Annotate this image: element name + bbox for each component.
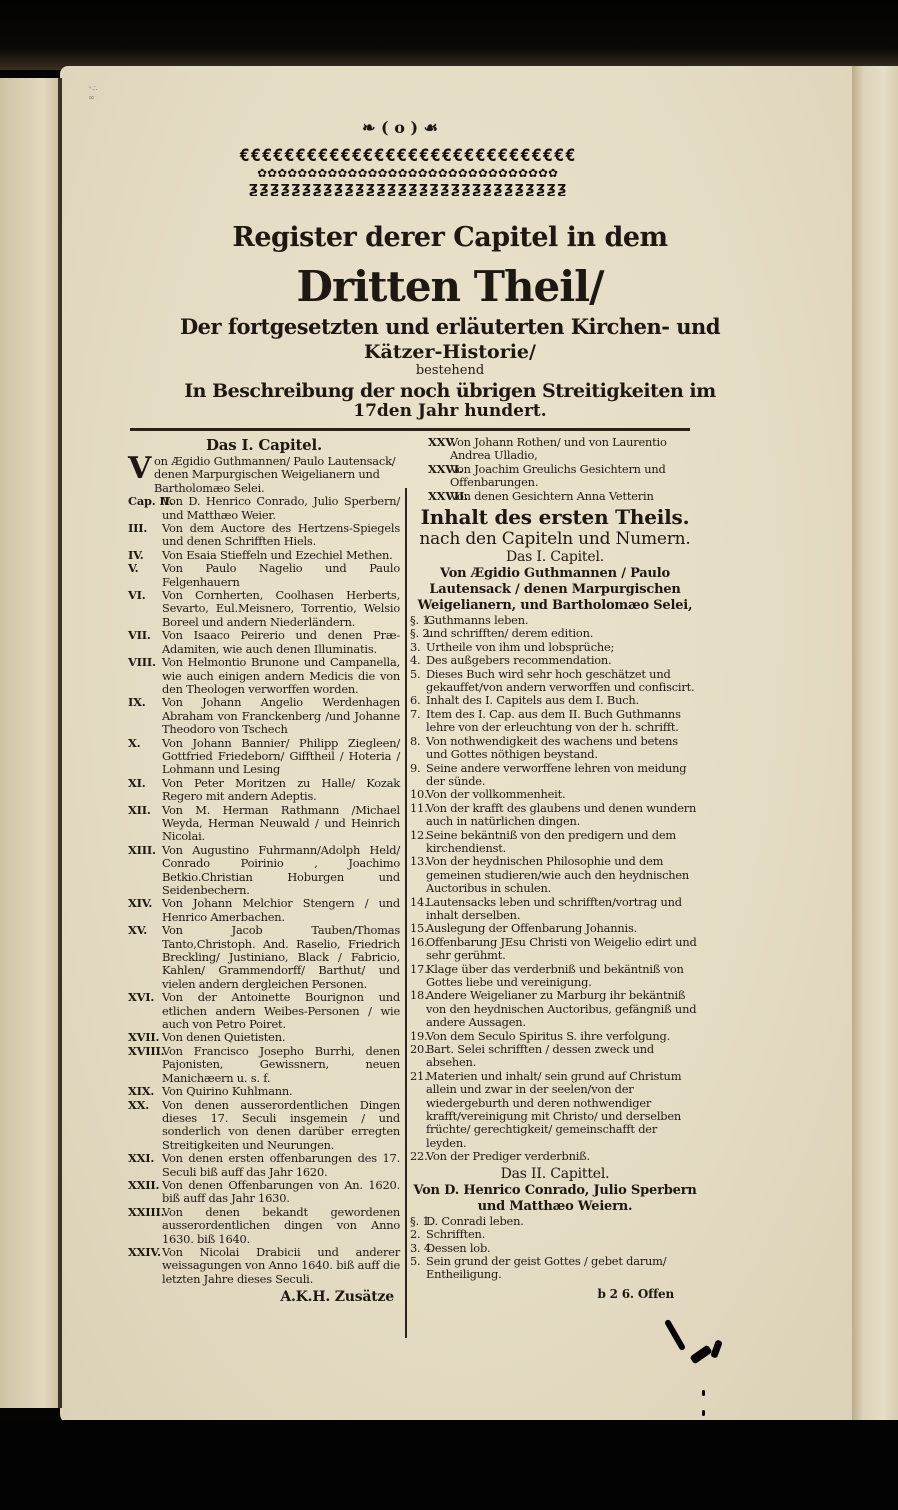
- chapter-entry: V on Ægidio Guthmannen/ Paulo Lautensack…: [128, 455, 400, 495]
- entry-text: Bart. Selei schrifften / dessen zweck un…: [426, 1042, 654, 1069]
- section-item: 9.Seine andere verworffene lehren von me…: [410, 762, 700, 789]
- chapter-entry: IX.Von Johann Angelio Werdenhagen Abraha…: [128, 696, 400, 736]
- title-line-5: bestehend: [140, 363, 760, 378]
- section-item: 2.Schrifften.: [410, 1228, 700, 1241]
- entry-text: D. Conradi leben.: [426, 1214, 524, 1228]
- left-column: Das I. Capitel. V on Ægidio Guthmannen/ …: [128, 436, 400, 1306]
- chapter-list: Cap. II.Von D. Henrico Conrado, Julio Sp…: [128, 495, 400, 1286]
- section-item: 4.Des außgebers recommendation.: [410, 654, 700, 667]
- entry-text: Von Johann Angelio Werdenhagen Abraham v…: [162, 696, 400, 736]
- entry-number: XI.: [128, 777, 146, 790]
- contents-heading: Inhalt des ersten Theils.: [410, 505, 700, 529]
- entry-number: XIV.: [128, 897, 152, 910]
- section-item: 14.Lautensacks leben und schrifften/vort…: [410, 896, 700, 923]
- chapter-heading: Das II. Capittel.: [410, 1166, 700, 1183]
- chapter-entry: XXI.Von denen ersten offenbarungen des 1…: [128, 1152, 400, 1179]
- chapter-entry: XVIII.Von Francisco Josepho Burrhi, dene…: [128, 1045, 400, 1085]
- right-column: XXV.Von Johann Rothen/ und von Laurentio…: [410, 436, 700, 1302]
- entry-number: XXIII.: [128, 1206, 164, 1219]
- entry-text: Von denen Offenbarungen von An. 1620. bi…: [162, 1179, 400, 1206]
- entry-text: Von der krafft des glaubens und denen wu…: [426, 801, 696, 828]
- page-gutter-edge: [58, 78, 62, 1408]
- margin-mark: ⁺∴ ∞: [88, 84, 97, 102]
- chapter-heading: Das I. Capitel.: [410, 549, 700, 566]
- contents-subheading: nach den Capiteln und Numern.: [410, 529, 700, 549]
- section-item: 11.Von der krafft des glaubens und denen…: [410, 802, 700, 829]
- chapter-subject: Von D. Henrico Conrado, Julio Sperbern u…: [410, 1183, 700, 1215]
- section-item: 17.Klage über das verderbniß und bekäntn…: [410, 963, 700, 990]
- chapter-entry: XXIV.Von Nicolai Drabicii und anderer we…: [128, 1246, 400, 1286]
- entry-text: Dieses Buch wird sehr hoch geschätzet un…: [426, 667, 694, 694]
- title-line-3: Der fortgesetzten und erläuterten Kirche…: [140, 314, 760, 339]
- entry-number: §. 1.: [410, 614, 433, 627]
- section-item: 6.Inhalt des I. Capitels aus dem I. Buch…: [410, 694, 700, 707]
- chapter-entry: XXII.Von denen Offenbarungen von An. 162…: [128, 1179, 400, 1206]
- entry-text: Von Johann Rothen/ und von Laurentio And…: [450, 435, 667, 462]
- entry-text: Von Isaaco Peirerio und denen Præ-Adamit…: [162, 629, 400, 656]
- entry-number: 22.: [410, 1150, 428, 1163]
- entry-number: 12.: [410, 829, 428, 842]
- entry-number: 9.: [410, 762, 420, 775]
- entry-text: Von denen ersten offenbarungen des 17. S…: [162, 1152, 400, 1179]
- entry-number: 14.: [410, 896, 428, 909]
- entry-text: Guthmanns leben.: [426, 613, 528, 627]
- entry-text: Von Esaia Stieffeln und Ezechiel Methen.: [162, 549, 400, 562]
- signature-mark: b 2 6. Offen: [410, 1286, 700, 1302]
- entry-number: 4.: [410, 654, 420, 667]
- entry-text: Von der vollkommenheit.: [426, 787, 565, 801]
- entry-number: XVI.: [128, 991, 154, 1004]
- entry-number: 17.: [410, 963, 428, 976]
- title-line-1: Register derer Capitel in dem: [140, 222, 760, 253]
- chapter-entry: XXIII.Von denen bekandt gewordenen ausse…: [128, 1206, 400, 1246]
- entry-text: Von Joachim Greulichs Gesichtern und Off…: [450, 462, 666, 489]
- catchword: A.K.H. Zusätze: [128, 1288, 400, 1306]
- entry-number: 3.: [410, 641, 420, 654]
- chapter-entry: XX.Von denen ausserordentlichen Dingen d…: [128, 1099, 400, 1153]
- entry-text: Von Jacob Tauben/Thomas Tanto,Christoph.…: [162, 924, 400, 991]
- entry-number: 2.: [410, 1228, 420, 1241]
- page-fore-edge: [852, 66, 898, 1424]
- entry-number: III.: [128, 522, 147, 535]
- entry-text: Von Paulo Nagelio und Paulo Felgenhauern: [162, 562, 400, 589]
- entry-text: Sein grund der geist Gottes / gebet daru…: [426, 1254, 666, 1281]
- entry-text: Dessen lob.: [426, 1241, 490, 1255]
- section-item: 3.Urtheile von ihm und lobsprüche;: [410, 641, 700, 654]
- entry-number: VI.: [128, 589, 146, 602]
- chapter-entry: XIX.Von Quirino Kuhlmann.: [128, 1085, 400, 1098]
- section-item: 18.Andere Weigelianer zu Marburg ihr bek…: [410, 989, 700, 1029]
- drop-cap: V: [128, 454, 151, 484]
- entry-number: 18.: [410, 989, 428, 1002]
- section-item: 16.Offenbarung JEsu Christi von Weigelio…: [410, 936, 700, 963]
- entry-text: Von Francisco Josepho Burrhi, denen Pajo…: [162, 1045, 400, 1085]
- ornament-row: €€€€€€€€€€€€€€€€€€€€€€€€€€€€€€: [124, 148, 692, 164]
- chapter-entry: XVII.Von denen Quietisten.: [128, 1031, 400, 1044]
- entry-number: V.: [128, 562, 138, 575]
- entry-text: Von denen Gesichtern Anna Vetterin: [450, 489, 654, 503]
- entry-number: XXVII.: [428, 490, 468, 503]
- entry-text: Von nothwendigkeit des wachens und beten…: [426, 734, 678, 761]
- chapter-entry: VIII.Von Helmontio Brunone und Campanell…: [128, 656, 400, 696]
- chapter-entry: III.Von dem Auctore des Hertzens-Spiegel…: [128, 522, 400, 549]
- entry-text: Des außgebers recommendation.: [426, 653, 611, 667]
- entry-text: Von Augustino Fuhrmann/Adolph Held/ Conr…: [162, 844, 400, 898]
- ornament-row: ƺƺƺƺƺƺƺƺƺƺƺƺƺƺƺƺƺƺƺƺƺƺƺƺƺƺƺƺƺƺ: [124, 180, 692, 196]
- section-list: §. 1.D. Conradi leben.2.Schrifften.3. 4.…: [410, 1215, 700, 1282]
- section-item: 5.Dieses Buch wird sehr hoch geschätzet …: [410, 668, 700, 695]
- entry-number: XXI.: [128, 1152, 154, 1165]
- facing-page-edge: [0, 78, 62, 1408]
- entry-text: Auslegung der Offenbarung Johannis.: [426, 921, 637, 935]
- entry-number: §. 1.: [410, 1215, 433, 1228]
- entry-number: 7.: [410, 708, 420, 721]
- chapter-heading: Das I. Capitel.: [128, 436, 400, 455]
- entry-number: §. 2.: [410, 627, 433, 640]
- entry-text: Klage über das verderbniß und bekäntniß …: [426, 962, 684, 989]
- chapter-entry: XII.Von M. Herman Rathmann /Michael Weyd…: [128, 804, 400, 844]
- entry-text: Materien und inhalt/ sein grund auf Chri…: [426, 1069, 681, 1150]
- section-item: 3. 4.Dessen lob.: [410, 1242, 700, 1255]
- entry-text: Urtheile von ihm und lobsprüche;: [426, 640, 614, 654]
- title-main: Dritten Theil/: [140, 262, 760, 311]
- entry-number: X.: [128, 737, 140, 750]
- section-item: 22.Von der Prediger verderbniß.: [410, 1150, 700, 1163]
- entry-text: Von dem Seculo Spiritus S. ihre verfolgu…: [426, 1029, 670, 1043]
- ink-dot: [702, 1390, 705, 1396]
- entry-number: 8.: [410, 735, 420, 748]
- entry-text: Von D. Henrico Conrado, Julio Sperbern/ …: [162, 495, 400, 522]
- entry-number: 11.: [410, 802, 428, 815]
- entry-text: Von Nicolai Drabicii und anderer weissag…: [162, 1246, 400, 1286]
- entry-number: 6.: [410, 694, 420, 707]
- chapter-text: on Ægidio Guthmannen/ Paulo Lautensack/ …: [154, 454, 395, 495]
- section-item: 8.Von nothwendigkeit des wachens und bet…: [410, 735, 700, 762]
- chapter-entry: XVI.Von der Antoinette Bourignon und etl…: [128, 991, 400, 1031]
- entry-text: Von der Prediger verderbniß.: [426, 1149, 590, 1163]
- page-number: ❧ ( o ) ☙: [330, 118, 470, 137]
- chapter-entry: XXVI.Von Joachim Greulichs Gesichtern un…: [410, 463, 700, 490]
- section-item: 19.Von dem Seculo Spiritus S. ihre verfo…: [410, 1030, 700, 1043]
- entry-text: Von denen bekandt gewordenen ausserorden…: [162, 1206, 400, 1246]
- entry-number: 16.: [410, 936, 428, 949]
- chapter-entry: X.Von Johann Bannier/ Philipp Ziegleen/ …: [128, 737, 400, 777]
- title-line-7: 17den Jahr hundert.: [140, 401, 760, 421]
- chapter-entry: VII.Von Isaaco Peirerio und denen Præ-Ad…: [128, 629, 400, 656]
- chapter-entry: IV.Von Esaia Stieffeln und Ezechiel Meth…: [128, 549, 400, 562]
- section-item: 15.Auslegung der Offenbarung Johannis.: [410, 922, 700, 935]
- entry-number: XIII.: [128, 844, 156, 857]
- entry-number: 19.: [410, 1030, 428, 1043]
- horizontal-rule: [130, 428, 690, 431]
- entry-number: VIII.: [128, 656, 156, 669]
- chapter-entry: XIII.Von Augustino Fuhrmann/Adolph Held/…: [128, 844, 400, 898]
- entry-number: 5.: [410, 1255, 420, 1268]
- entry-number: XXIV.: [128, 1246, 161, 1259]
- chapter-entry: XXVII.Von denen Gesichtern Anna Vetterin: [410, 490, 700, 503]
- title-line-6: In Beschreibung der noch übrigen Streiti…: [140, 380, 760, 402]
- section-item: §. 2.und schrifften/ derem edition.: [410, 627, 700, 640]
- entry-text: Von der heydnischen Philosophie und dem …: [426, 854, 689, 895]
- entry-text: Von denen ausserordentlichen Dingen dies…: [162, 1099, 400, 1153]
- entry-text: Von Johann Melchior Stengern / und Henri…: [162, 897, 400, 924]
- entry-number: 5.: [410, 668, 420, 681]
- section-item: 21.Materien und inhalt/ sein grund auf C…: [410, 1070, 700, 1150]
- entry-text: Von Helmontio Brunone und Campanella, wi…: [162, 656, 400, 696]
- chapter-list-continued: XXV.Von Johann Rothen/ und von Laurentio…: [410, 436, 700, 503]
- section-item: 5.Sein grund der geist Gottes / gebet da…: [410, 1255, 700, 1282]
- entry-number: IV.: [128, 549, 144, 562]
- chapter-entry: XI.Von Peter Moritzen zu Halle/ Kozak Re…: [128, 777, 400, 804]
- entry-text: Seine bekäntniß von den predigern und de…: [426, 828, 676, 855]
- entry-number: XXII.: [128, 1179, 159, 1192]
- entry-number: 3. 4.: [410, 1242, 434, 1255]
- column-divider: [405, 488, 407, 1338]
- entry-number: 10.: [410, 788, 428, 801]
- entry-text: Offenbarung JEsu Christi von Weigelio ed…: [426, 935, 697, 962]
- entry-number: Cap. II.: [128, 495, 173, 508]
- section-item: 12.Seine bekäntniß von den predigern und…: [410, 829, 700, 856]
- entry-number: 15.: [410, 922, 428, 935]
- entry-text: Item des I. Cap. aus dem II. Buch Guthma…: [426, 707, 681, 734]
- entry-text: und schrifften/ derem edition.: [426, 626, 593, 640]
- entry-number: XVIII.: [128, 1045, 164, 1058]
- chapter-entry: VI.Von Cornherten, Coolhasen Herberts, S…: [128, 589, 400, 629]
- section-list: §. 1.Guthmanns leben.§. 2.und schrifften…: [410, 614, 700, 1164]
- entry-text: Von denen Quietisten.: [162, 1031, 400, 1044]
- entry-text: Seine andere verworffene lehren von meid…: [426, 761, 686, 788]
- entry-number: XX.: [128, 1099, 149, 1112]
- ornament-band: €€€€€€€€€€€€€€€€€€€€€€€€€€€€€€ ✿✿✿✿✿✿✿✿✿…: [124, 148, 692, 196]
- entry-text: Von Johann Bannier/ Philipp Ziegleen/ Go…: [162, 737, 400, 777]
- entry-text: Von der Antoinette Bourignon und etliche…: [162, 991, 400, 1031]
- entry-number: XV.: [128, 924, 147, 937]
- section-item: §. 1.D. Conradi leben.: [410, 1215, 700, 1228]
- entry-text: Andere Weigelianer zu Marburg ihr bekänt…: [426, 988, 696, 1029]
- entry-number: VII.: [128, 629, 151, 642]
- scan-bottom-shadow: [0, 1420, 898, 1510]
- entry-number: XXVI.: [428, 463, 463, 476]
- entry-text: Von Cornherten, Coolhasen Herberts, Seva…: [162, 589, 400, 629]
- chapter-entry: Cap. II.Von D. Henrico Conrado, Julio Sp…: [128, 495, 400, 522]
- entry-number: XVII.: [128, 1031, 159, 1044]
- section-item: 20.Bart. Selei schrifften / dessen zweck…: [410, 1043, 700, 1070]
- entry-number: 13.: [410, 855, 428, 868]
- section-item: 13.Von der heydnischen Philosophie und d…: [410, 855, 700, 895]
- entry-text: Von M. Herman Rathmann /Michael Weyda, H…: [162, 804, 400, 844]
- entry-number: XII.: [128, 804, 151, 817]
- title-line-4: Kätzer-Historie/: [140, 341, 760, 363]
- chapter-entry: XIV.Von Johann Melchior Stengern / und H…: [128, 897, 400, 924]
- entry-text: Von Quirino Kuhlmann.: [162, 1085, 400, 1098]
- entry-number: IX.: [128, 696, 146, 709]
- ornament-row: ✿✿✿✿✿✿✿✿✿✿✿✿✿✿✿✿✿✿✿✿✿✿✿✿✿✿✿✿✿✿: [124, 164, 692, 180]
- entry-text: Von Peter Moritzen zu Halle/ Kozak Reger…: [162, 777, 400, 804]
- entry-text: Inhalt des I. Capitels aus dem I. Buch.: [426, 693, 639, 707]
- entry-number: XIX.: [128, 1085, 154, 1098]
- chapter-subject: Von Ægidio Guthmannen / Paulo Lautensack…: [410, 566, 700, 614]
- chapter-entry: V.Von Paulo Nagelio und Paulo Felgenhaue…: [128, 562, 400, 589]
- entry-number: 21.: [410, 1070, 428, 1083]
- section-item: §. 1.Guthmanns leben.: [410, 614, 700, 627]
- entry-number: XXV.: [428, 436, 456, 449]
- chapter-entry: XXV.Von Johann Rothen/ und von Laurentio…: [410, 436, 700, 463]
- section-item: 7.Item des I. Cap. aus dem II. Buch Guth…: [410, 708, 700, 735]
- chapter-entry: XV.Von Jacob Tauben/Thomas Tanto,Christo…: [128, 924, 400, 991]
- scan-top-shadow: [0, 0, 898, 70]
- ink-dot: [702, 1410, 705, 1416]
- entry-text: Von dem Auctore des Hertzens-Spiegels un…: [162, 522, 400, 549]
- entry-number: 20.: [410, 1043, 428, 1056]
- entry-text: Lautensacks leben und schrifften/vortrag…: [426, 895, 682, 922]
- section-item: 10.Von der vollkommenheit.: [410, 788, 700, 801]
- entry-text: Schrifften.: [426, 1227, 485, 1241]
